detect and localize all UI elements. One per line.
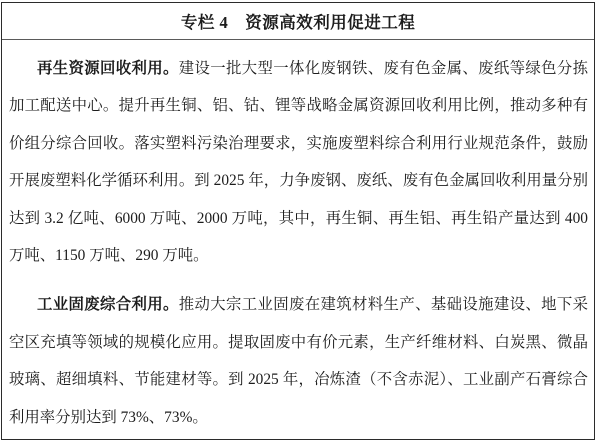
callout-box: 专栏 4 资源高效利用促进工程 再生资源回收利用。建设一批大型一体化废钢铁、废有… [1,2,595,440]
paragraph-recycled-resources: 再生资源回收利用。建设一批大型一体化废钢铁、废有色金属、废纸等绿色分拣加工配送中… [9,50,588,274]
paragraph-industrial-solid-waste-text: 推动大宗工业固废在建筑材料生产、基础设施建设、地下采空区充填等领域的规模化应用。… [9,296,588,425]
paragraph-recycled-resources-lead: 再生资源回收利用。 [37,60,179,77]
paragraph-industrial-solid-waste: 工业固废综合利用。推动大宗工业固废在建筑材料生产、基础设施建设、地下采空区充填等… [9,286,588,436]
box-body: 再生资源回收利用。建设一批大型一体化废钢铁、废有色金属、废纸等绿色分拣加工配送中… [2,40,594,436]
paragraph-recycled-resources-text: 建设一批大型一体化废钢铁、废有色金属、废纸等绿色分拣加工配送中心。提升再生铜、铝… [9,60,588,264]
box-title: 专栏 4 资源高效利用促进工程 [181,9,415,33]
box-header: 专栏 4 资源高效利用促进工程 [2,3,594,40]
paragraph-industrial-solid-waste-lead: 工业固废综合利用。 [37,296,179,313]
